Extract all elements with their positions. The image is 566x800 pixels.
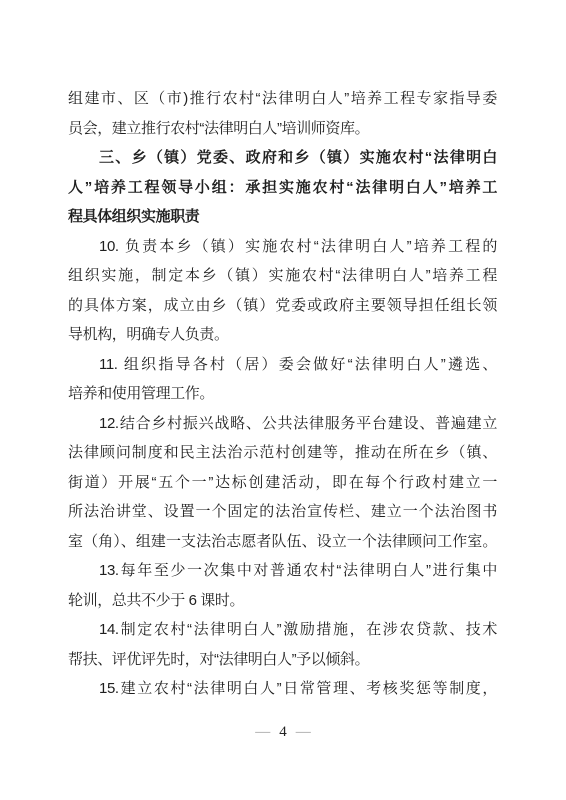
text-line: 帮扶、评优评先时，对“法律明白人”予以倾斜。 [68,645,497,675]
text-line: 导机构，明确专人负责。 [68,320,497,350]
text-line: 12.结合乡村振兴战略、公共法律服务平台建设、普遍建立 [68,409,497,439]
section-heading-line: 三、乡（镇）党委、政府和乡（镇）实施农村“法律明白 [68,143,497,173]
text-line: 街道）开展“五个一”达标创建活动，即在每个行政村建立一 [68,468,497,498]
text-line: 组建市、区（市)推行农村“法律明白人”培养工程专家指导委 [68,84,497,114]
page-number: —4— [0,724,566,741]
page-number-dash-right: — [296,724,311,740]
text-line: 轮训，总共不少于 6 课时。 [68,586,497,616]
text-line: 10. 负责本乡（镇）实施农村“法律明白人”培养工程的 [68,232,497,262]
document-page: 组建市、区（市)推行农村“法律明白人”培养工程专家指导委 员会，建立推行农村“法… [0,0,566,800]
section-heading-line: 程具体组织实施职责 [68,202,497,232]
text-line: 15.建立农村“法律明白人”日常管理、考核奖惩等制度， [68,674,497,704]
text-line: 法律顾问制度和民主法治示范村创建等，推动在所在乡（镇、 [68,438,497,468]
page-number-value: 4 [279,724,287,740]
text-line: 所法治讲堂、设置一个固定的法治宣传栏、建立一个法治图书 [68,497,497,527]
text-line: 13.每年至少一次集中对普通农村“法律明白人”进行集中 [68,556,497,586]
text-line: 员会，建立推行农村“法律明白人”培训师资库。 [68,114,497,144]
text-line: 11. 组织指导各村（居）委会做好“法律明白人”遴选、 [68,350,497,380]
text-line: 14.制定农村“法律明白人”激励措施，在涉农贷款、技术 [68,615,497,645]
text-line: 的具体方案，成立由乡（镇）党委或政府主要领导担任组长领 [68,291,497,321]
text-line: 培养和使用管理工作。 [68,379,497,409]
document-body: 组建市、区（市)推行农村“法律明白人”培养工程专家指导委 员会，建立推行农村“法… [68,84,497,704]
text-line: 组织实施，制定本乡（镇）实施农村“法律明白人”培养工程 [68,261,497,291]
text-line: 室（角）、组建一支法治志愿者队伍、设立一个法律顾问工作室。 [68,527,497,557]
page-number-dash-left: — [255,724,270,740]
section-heading-line: 人”培养工程领导小组：承担实施农村“法律明白人”培养工 [68,173,497,203]
